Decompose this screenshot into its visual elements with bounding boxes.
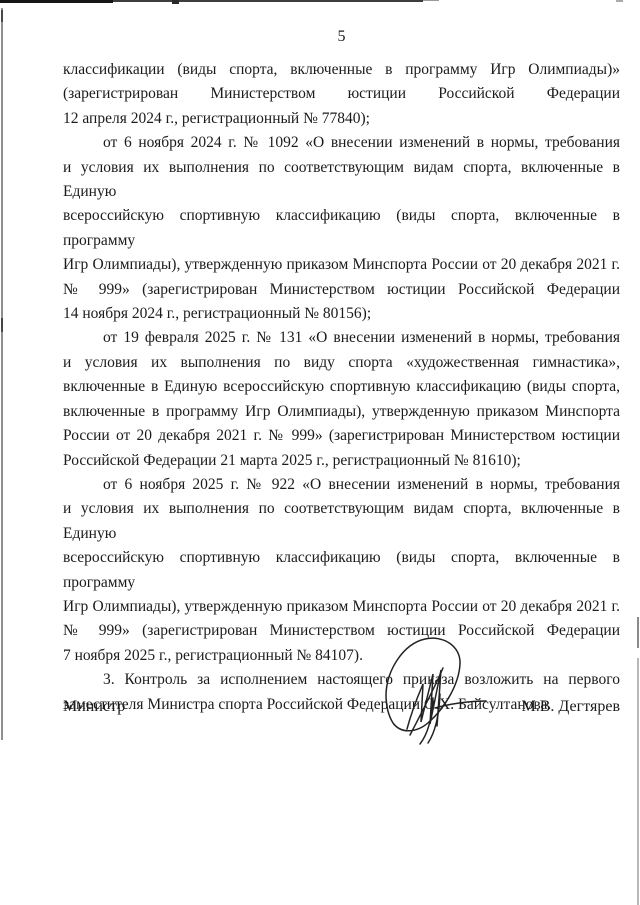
text-line: и условия их выполнения по виду спорта «…	[63, 351, 620, 375]
document-page: 5 классификации (виды спорта, включенные…	[0, 0, 640, 905]
text-line: Российской Федерации 21 марта 2025 г., р…	[63, 449, 620, 473]
scan-artifact-top-line	[0, 0, 113, 3]
text-line: классификации (виды спорта, включенные в…	[63, 58, 620, 82]
text-line: № 999» (зарегистрирован Министерством юс…	[63, 278, 620, 302]
text-line: 7 ноября 2025 г., регистрационный № 8410…	[63, 644, 620, 668]
text-line: Игр Олимпиады), утвержденную приказом Ми…	[63, 253, 620, 277]
signature-role: Министр	[63, 695, 125, 719]
text-line: и условия их выполнения по соответствующ…	[63, 497, 620, 546]
text-line: Игр Олимпиады), утвержденную приказом Ми…	[63, 595, 620, 619]
text-line: 3. Контроль за исполнением настоящего пр…	[63, 668, 620, 692]
text-line: всероссийскую спортивную классификацию (…	[63, 546, 620, 595]
signature-row: Министр М.В. Дегтярев	[63, 695, 620, 719]
scan-artifact-top-line	[113, 0, 423, 2]
text-line: включенные в программу Игр Олимпиады), у…	[63, 400, 620, 424]
text-line: 12 апреля 2024 г., регистрационный № 778…	[63, 107, 620, 131]
scan-artifact-left-edge-tick	[1, 318, 3, 332]
scan-artifact-top-right-tick	[616, 0, 623, 2]
document-body: классификации (виды спорта, включенные в…	[63, 58, 620, 717]
text-line: от 6 ноября 2024 г. № 1092 «О внесении и…	[63, 131, 620, 155]
scan-artifact-top-line	[423, 0, 439, 1]
signature-name: М.В. Дегтярев	[522, 695, 620, 719]
scan-artifact-left-edge-tick	[1, 10, 3, 22]
scan-artifact-right-edge-line	[637, 658, 639, 905]
text-line: от 19 февраля 2025 г. № 131 «О внесении …	[63, 326, 620, 350]
text-line: и условия их выполнения по соответствующ…	[63, 156, 620, 205]
text-line: от 6 ноября 2025 г. № 922 «О внесении из…	[63, 473, 620, 497]
signature-scribble	[383, 636, 488, 748]
scan-artifact-right-edge-line	[637, 617, 639, 648]
scan-artifact-left-edge-line	[1, 8, 3, 740]
scan-artifact-top-tick	[172, 0, 179, 4]
text-line: № 999» (зарегистрирован Министерством юс…	[63, 619, 620, 643]
text-line: (зарегистрирован Министерством юстиции Р…	[63, 82, 620, 106]
page-number: 5	[63, 28, 620, 46]
text-line: включенные в Единую всероссийскую спорти…	[63, 375, 620, 399]
text-line: 14 ноября 2024 г., регистрационный № 801…	[63, 302, 620, 326]
text-line: России от 20 декабря 2021 г. № 999» (зар…	[63, 424, 620, 448]
text-line: всероссийскую спортивную классификацию (…	[63, 204, 620, 253]
